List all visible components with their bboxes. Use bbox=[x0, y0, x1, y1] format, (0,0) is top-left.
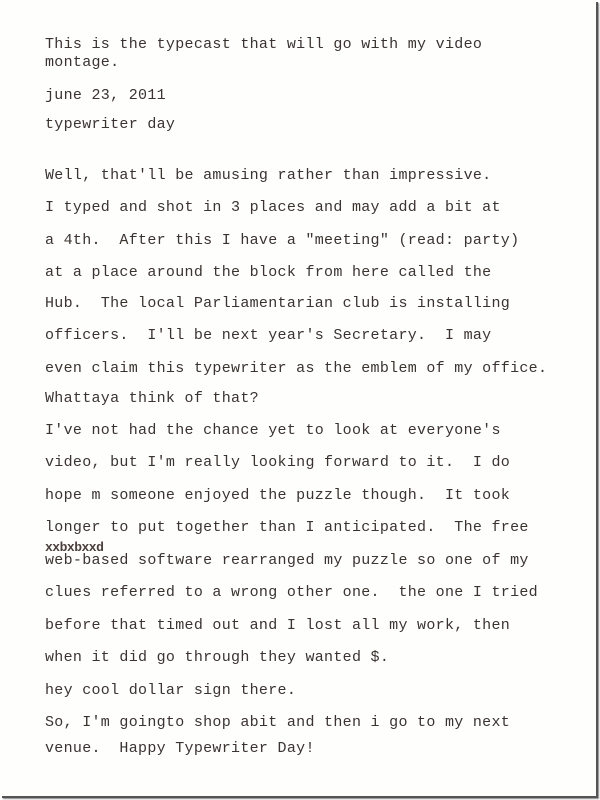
text-line: at a place around the block from here ca… bbox=[45, 265, 491, 281]
typed-page: This is the typecast that will go with m… bbox=[0, 0, 596, 796]
text-line: officers. I'll be next year's Secretary.… bbox=[45, 328, 491, 344]
text-line: Hub. The local Parliamentarian club is i… bbox=[45, 296, 510, 312]
closing-line: venue. Happy Typewriter Day! bbox=[45, 741, 315, 757]
text-line: hey cool dollar sign there. bbox=[45, 683, 296, 699]
text-line: even claim this typewriter as the emblem… bbox=[45, 361, 547, 377]
text-line: Well, that'll be amusing rather than imp… bbox=[45, 168, 491, 184]
date-line: june 23, 2011 bbox=[45, 88, 166, 104]
text-line: when it did go through they wanted $. bbox=[45, 650, 389, 666]
title-line: typewriter day bbox=[45, 117, 175, 133]
text-line: I've not had the chance yet to look at e… bbox=[45, 423, 501, 439]
text-line: before that timed out and I lost all my … bbox=[45, 618, 510, 634]
text-line: Whattaya think of that? bbox=[45, 391, 259, 407]
text-line: longer to put together than I anticipate… bbox=[45, 520, 529, 536]
text-line: So, I'm goingto shop abit and then i go … bbox=[45, 715, 510, 731]
text-line: clues referred to a wrong other one. the… bbox=[45, 585, 538, 601]
text-line: I typed and shot in 3 places and may add… bbox=[45, 200, 501, 216]
text-line: web-based software rearranged my puzzle … bbox=[45, 553, 529, 569]
text-line: This is the typecast that will go with m… bbox=[45, 37, 482, 53]
text-line: video, but I'm really looking forward to… bbox=[45, 455, 510, 471]
text-line: a 4th. After this I have a "meeting" (re… bbox=[45, 233, 519, 249]
text-line: montage. bbox=[45, 55, 119, 71]
text-line: hope m someone enjoyed the puzzle though… bbox=[45, 488, 510, 504]
